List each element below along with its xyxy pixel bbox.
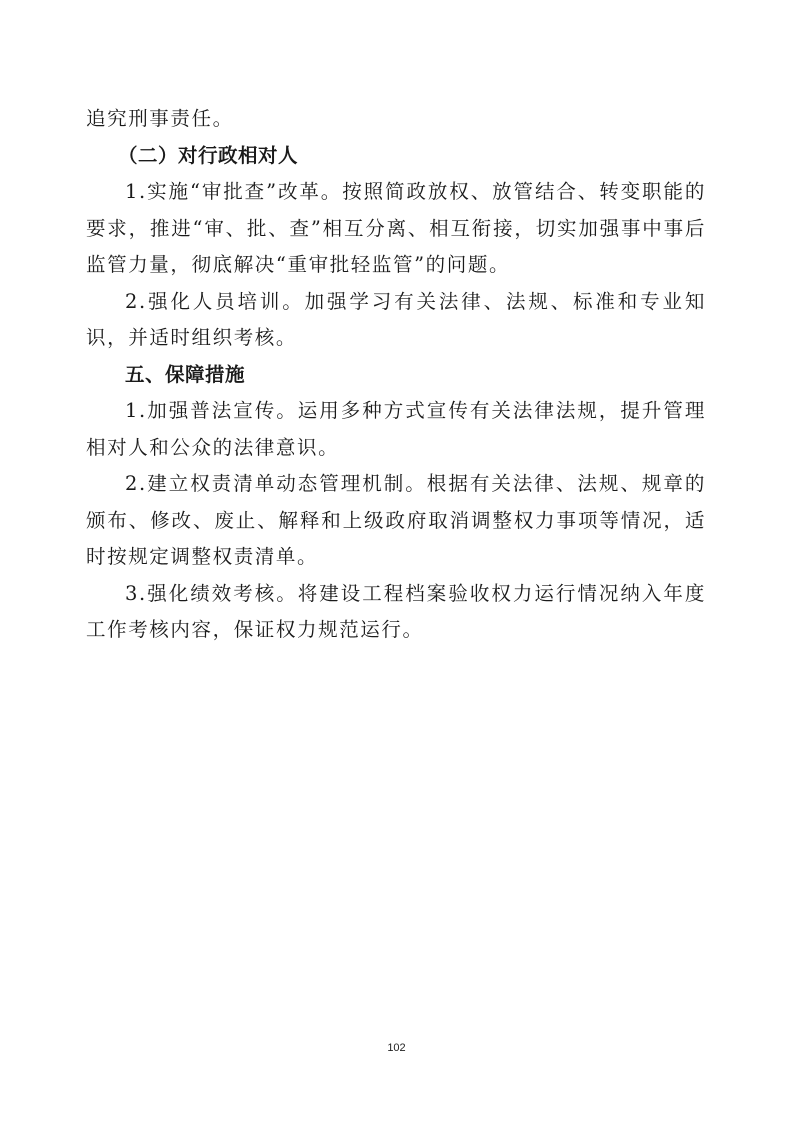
paragraph-item: 3.强化绩效考核。将建设工程档案验收权力运行情况纳入年度工作考核内容，保证权力规… bbox=[86, 576, 706, 649]
document-page: 追究刑事责任。 （二）对行政相对人 1.实施“审批查”改革。按照简政放权、放管结… bbox=[0, 0, 793, 1122]
paragraph-item: 1.加强普法宣传。运用多种方式宣传有关法律法规，提升管理相对人和公众的法律意识。 bbox=[86, 393, 706, 466]
paragraph-item: 1.实施“审批查”改革。按照简政放权、放管结合、转变职能的要求，推进“审、批、查… bbox=[86, 174, 706, 284]
page-body: 追究刑事责任。 （二）对行政相对人 1.实施“审批查”改革。按照简政放权、放管结… bbox=[86, 101, 706, 649]
paragraph-item: 2.建立权责清单动态管理机制。根据有关法律、法规、规章的颁布、修改、废止、解释和… bbox=[86, 466, 706, 576]
page-number: 102 bbox=[0, 1042, 793, 1054]
section-heading: 五、保障措施 bbox=[86, 357, 706, 394]
paragraph-continuation: 追究刑事责任。 bbox=[86, 101, 706, 138]
section-subheading: （二）对行政相对人 bbox=[86, 138, 706, 175]
paragraph-item: 2.强化人员培训。加强学习有关法律、法规、标准和专业知识，并适时组织考核。 bbox=[86, 284, 706, 357]
